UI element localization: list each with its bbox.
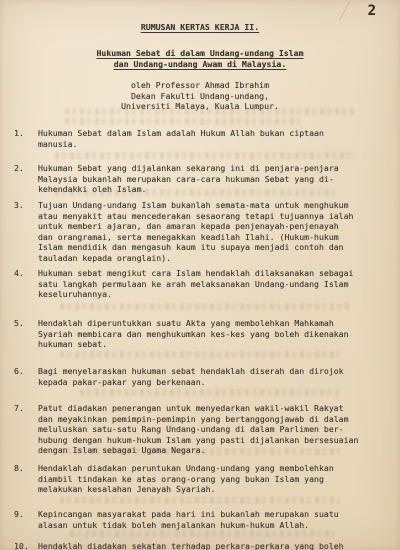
list-item: 3. Tujuan Undang-undang Islam bukanlah s…	[14, 200, 372, 263]
list-item: 6. Bagi menyelaraskan hukuman sebat hend…	[14, 366, 372, 387]
page-number: 2	[368, 3, 376, 19]
author-byline: oleh Professor Ahmad Ibrahim Dekan Fakul…	[0, 80, 400, 112]
list-item: 2. Hukuman Sebat yang dijalankan sekaran…	[14, 163, 372, 195]
scanned-document-page: 2 RUMUSAN KERTAS KERJA II. Hukuman Sebat…	[0, 0, 400, 550]
list-item-text: Hendaklah diadakan peruntukan Undang-und…	[38, 463, 372, 495]
list-item: 9. Kepincangan masyarakat pada hari ini …	[14, 509, 372, 530]
document-title-text: RUMUSAN KERTAS KERJA II.	[141, 22, 259, 32]
list-item-text: Hukuman Sebat dalam Islam adalah Hukum A…	[38, 128, 372, 149]
list-item-number: 6.	[14, 366, 38, 387]
list-item-number: 3.	[14, 200, 38, 263]
list-item-text: Hendaklah diperuntukkan suatu Akta yang …	[38, 318, 372, 350]
list-item-number: 1.	[14, 128, 38, 149]
list-item-number: 7.	[14, 403, 38, 456]
list-item-number: 2.	[14, 163, 38, 195]
bleed-through-smudge	[80, 389, 340, 396]
list-item-text: Kepincangan masyarakat pada hari ini buk…	[38, 509, 372, 530]
document-subtitle-text-2: dan Undang-undang Awam di Malaysia.	[114, 59, 287, 69]
list-item: 10. Hendaklah diadakan sekatan terhadap …	[14, 541, 372, 550]
document-subtitle-text-1: Hukuman Sebat di dalam Undang-undang Isl…	[96, 48, 303, 58]
paper-crease	[339, 1, 350, 21]
list-item: 8. Hendaklah diadakan peruntukan Undang-…	[14, 463, 372, 495]
bleed-through-smudge	[65, 118, 300, 125]
bleed-through-smudge	[60, 303, 350, 310]
document-subtitle-line-2: dan Undang-undang Awam di Malaysia.	[0, 59, 400, 69]
list-item: 1. Hukuman Sebat dalam Islam adalah Huku…	[14, 128, 372, 149]
list-item-text: Hukuman Sebat yang dijalankan sekarang i…	[38, 163, 372, 195]
list-item-text: Hukuman sebat mengikut cara Islam hendak…	[38, 268, 372, 300]
list-item-number: 8.	[14, 463, 38, 495]
list-item-text: Hendaklah diadakan sekatan terhadap perk…	[38, 541, 372, 550]
list-item-text: Patut diadakan penerangan untuk menyedar…	[38, 403, 372, 456]
document-title: RUMUSAN KERTAS KERJA II.	[0, 22, 400, 32]
list-item: 4. Hukuman sebat mengikut cara Islam hen…	[14, 268, 372, 300]
list-item: 7. Patut diadakan penerangan untuk menye…	[14, 403, 372, 456]
bleed-through-smudge	[70, 530, 335, 537]
list-item-number: 4.	[14, 268, 38, 300]
bleed-through-smudge	[55, 152, 355, 159]
bleed-through-smudge	[60, 351, 340, 358]
list-item-number: 5.	[14, 318, 38, 350]
document-subtitle-line-1: Hukuman Sebat di dalam Undang-undang Isl…	[0, 48, 400, 58]
list-item-number: 9.	[14, 509, 38, 530]
list-item: 5. Hendaklah diperuntukkan suatu Akta ya…	[14, 318, 372, 350]
bleed-through-smudge	[60, 497, 340, 504]
list-item-text: Tujuan Undang-undang Islam bukanlah sema…	[38, 200, 372, 263]
list-item-text: Bagi menyelaraskan hukuman sebat hendakl…	[38, 366, 372, 387]
list-item-number: 10.	[14, 541, 38, 550]
bleed-through-smudge	[65, 108, 355, 115]
